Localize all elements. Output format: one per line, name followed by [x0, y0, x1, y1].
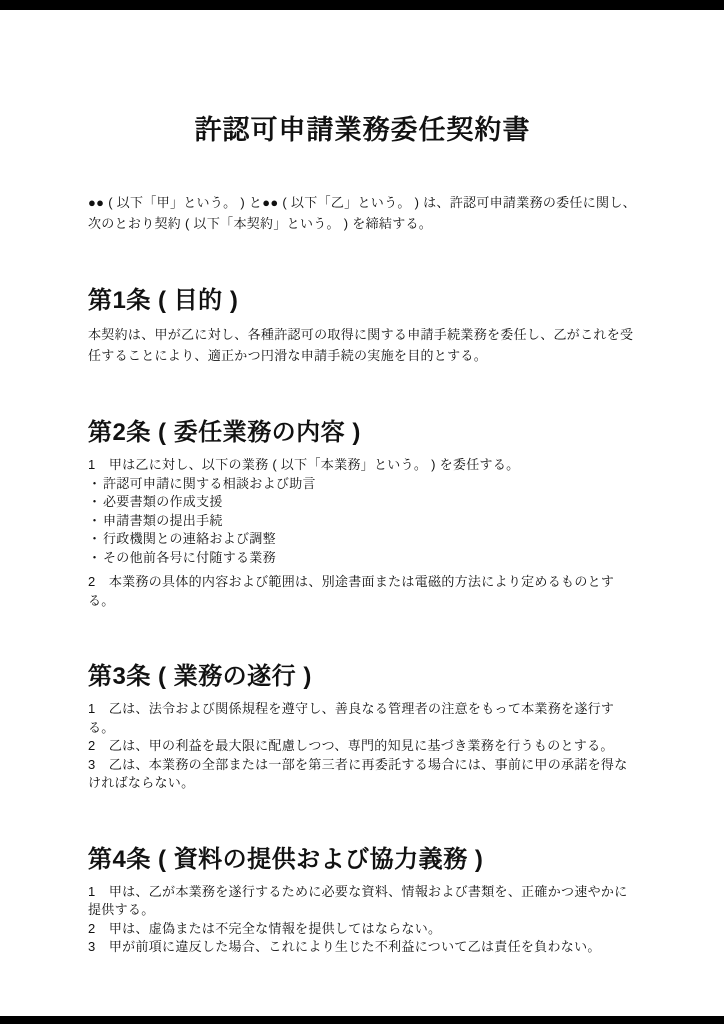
bullet-icon: ・ — [88, 475, 103, 494]
list-item: ・ 必要書類の作成支援 — [88, 493, 637, 512]
section-heading: 第4条 ( 資料の提供および協力義務 ) — [88, 846, 637, 874]
list-item: ・ 申請書類の提出手続 — [88, 512, 637, 531]
document-title: 許認可申請業務委任契約書 — [88, 110, 637, 150]
section-article-1: 第1条 ( 目的 ) 本契約は、甲が乙に対し、各種許認可の取得に関する申請手続業… — [88, 287, 637, 366]
section-article-4: 第4条 ( 資料の提供および協力義務 ) 1 甲は、乙が本業務を遂行するために必… — [88, 846, 637, 957]
bullet-icon: ・ — [88, 530, 103, 549]
article-items: 1 乙は、法令および関係規程を遵守し、善良なる管理者の注意をもって本業務を遂行す… — [88, 700, 637, 793]
article-paragraph: 本契約は、甲が乙に対し、各種許認可の取得に関する申請手続業務を委任し、乙がこれを… — [88, 324, 637, 366]
bullet-icon: ・ — [88, 493, 103, 512]
section-heading: 第1条 ( 目的 ) — [88, 287, 637, 315]
section-heading: 第3条 ( 業務の遂行 ) — [88, 663, 637, 691]
intro-paragraph: ●● ( 以下「甲」という。 ) と●● ( 以下「乙」という。 ) は、許認可… — [88, 192, 637, 234]
numbered-item: 2 甲は、虚偽または不完全な情報を提供してはならない。 — [88, 920, 637, 939]
list-item-text: 許認可申請に関する相談および助言 — [103, 475, 316, 494]
list-item-text: 必要書類の作成支援 — [103, 493, 223, 512]
numbered-item: 2 本業務の具体的内容および範囲は、別途書面または電磁的方法により定めるものとす… — [88, 573, 637, 610]
section-article-2: 第2条 ( 委任業務の内容 ) 1 甲は乙に対し、以下の業務 ( 以下「本業務」… — [88, 419, 637, 610]
numbered-item: 1 乙は、法令および関係規程を遵守し、善良なる管理者の注意をもって本業務を遂行す… — [88, 700, 637, 737]
list-item-text: 行政機関との連絡および調整 — [103, 530, 276, 549]
section-heading: 第2条 ( 委任業務の内容 ) — [88, 419, 637, 447]
page-bottom-edge-bar — [0, 1016, 724, 1024]
numbered-item: 3 乙は、本業務の全部または一部を第三者に再委託する場合には、事前に甲の承諾を得… — [88, 756, 637, 793]
list-item: ・ 許認可申請に関する相談および助言 — [88, 475, 637, 494]
numbered-item: 1 甲は、乙が本業務を遂行するために必要な資料、情報および書類を、正確かつ速やか… — [88, 883, 637, 920]
bullet-icon: ・ — [88, 512, 103, 531]
list-item-text: 申請書類の提出手続 — [103, 512, 223, 531]
section-article-3: 第3条 ( 業務の遂行 ) 1 乙は、法令および関係規程を遵守し、善良なる管理者… — [88, 663, 637, 793]
list-item: ・ その他前各号に付随する業務 — [88, 549, 637, 568]
bullet-icon: ・ — [88, 549, 103, 568]
article-items: 1 甲は、乙が本業務を遂行するために必要な資料、情報および書類を、正確かつ速やか… — [88, 883, 637, 957]
numbered-item: 1 甲は乙に対し、以下の業務 ( 以下「本業務」という。 ) を委任する。 — [88, 456, 637, 475]
numbered-item: 2 乙は、甲の利益を最大限に配慮しつつ、専門的知見に基づき業務を行うものとする。 — [88, 737, 637, 756]
article-items: 1 甲は乙に対し、以下の業務 ( 以下「本業務」という。 ) を委任する。 ・ … — [88, 456, 637, 610]
document-content: 許認可申請業務委任契約書 ●● ( 以下「甲」という。 ) と●● ( 以下「乙… — [88, 0, 637, 957]
list-item: ・ 行政機関との連絡および調整 — [88, 530, 637, 549]
document-page: 許認可申請業務委任契約書 ●● ( 以下「甲」という。 ) と●● ( 以下「乙… — [0, 0, 724, 1024]
list-item-text: その他前各号に付随する業務 — [103, 549, 276, 568]
numbered-item: 3 甲が前項に違反した場合、これにより生じた不利益について乙は責任を負わない。 — [88, 938, 637, 957]
